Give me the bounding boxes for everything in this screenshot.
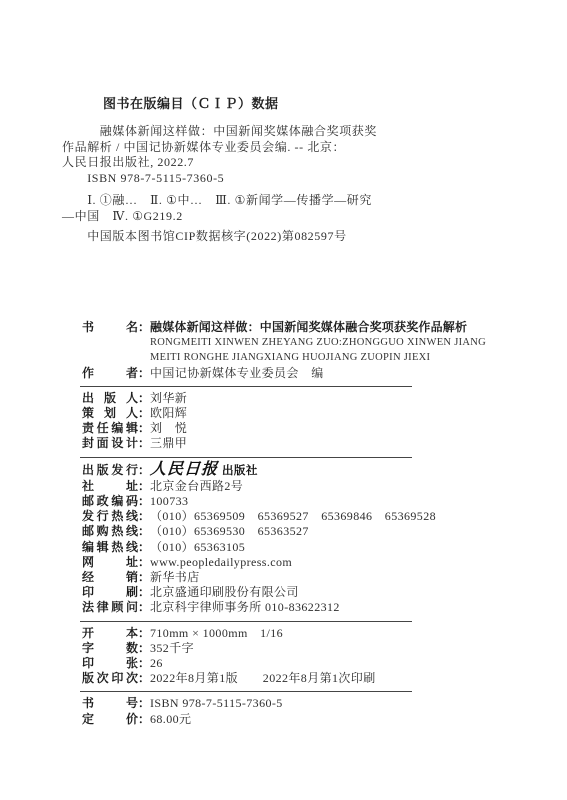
- info-row: 策划人：欧阳辉: [80, 406, 412, 421]
- field-label: 字数: [82, 641, 138, 656]
- label-colon: ：: [138, 366, 150, 381]
- field-label: 印刷: [82, 585, 138, 600]
- field-value: 26: [150, 656, 412, 671]
- field-value: 68.00元: [150, 712, 412, 727]
- field-value: MEITI RONGHE JIANGXIANG HUOJIANG ZUOPIN …: [150, 350, 430, 365]
- field-value: 欧阳辉: [150, 406, 412, 421]
- label-colon: ：: [138, 656, 150, 671]
- info-row: 发行热线：（010）65369509 65369527 65369846 653…: [80, 509, 412, 524]
- label-colon: ：: [138, 696, 150, 711]
- cip-line: 中国版本图书馆CIP数据核字(2022)第082597号: [62, 229, 442, 245]
- info-row: 字数：352千字: [80, 641, 412, 656]
- label-colon: ：: [138, 712, 150, 727]
- field-label: 经销: [82, 570, 138, 585]
- field-label: 发行热线: [82, 509, 138, 524]
- field-label: 出版人: [82, 391, 138, 406]
- label-colon: ：: [138, 626, 150, 641]
- info-row: 社址：北京金台西路2号: [80, 479, 412, 494]
- field-label: 邮政编码: [82, 494, 138, 509]
- info-row: 书名：融媒体新闻这样做：中国新闻奖媒体融合奖项获奖作品解析: [80, 320, 412, 335]
- field-value: （010）65369530 65363527: [150, 524, 412, 539]
- info-row: 开本：710mm × 1000mm 1/16: [80, 626, 412, 641]
- label-colon: ：: [138, 641, 150, 656]
- divider: [80, 457, 412, 458]
- field-label: 编辑热线: [82, 540, 138, 555]
- info-row: 责任编辑：刘 悦: [80, 421, 412, 436]
- field-value: 刘华新: [150, 391, 412, 406]
- info-row: 书号：ISBN 978-7-5115-7360-5: [80, 696, 412, 711]
- field-label: 书名: [82, 320, 138, 335]
- info-row: 作者：中国记协新媒体专业委员会 编: [80, 366, 412, 381]
- info-row: 邮政编码：100733: [80, 494, 412, 509]
- label-colon: ：: [138, 406, 150, 421]
- cip-line: 人民日报出版社, 2022.7: [62, 155, 442, 171]
- field-label: 出版发行: [82, 463, 138, 478]
- info-row: 封面设计：三鼎甲: [80, 436, 412, 451]
- info-row: 邮购热线：（010）65369530 65363527: [80, 524, 412, 539]
- field-value: 融媒体新闻这样做：中国新闻奖媒体融合奖项获奖作品解析: [150, 320, 467, 335]
- info-row: 印刷：北京盛通印刷股份有限公司: [80, 585, 412, 600]
- section-staff: 出版人：刘华新策划人：欧阳辉责任编辑：刘 悦封面设计：三鼎甲: [80, 391, 412, 452]
- field-label: 书号: [82, 696, 138, 711]
- field-value: 三鼎甲: [150, 436, 412, 451]
- field-label: 邮购热线: [82, 524, 138, 539]
- label-colon: ：: [138, 524, 150, 539]
- cip-line: 作品解析 / 中国记协新媒体专业委员会编. -- 北京：: [62, 140, 442, 156]
- info-row: 定价：68.00元: [80, 712, 412, 727]
- label-colon: ：: [138, 671, 150, 686]
- label-colon: ：: [138, 463, 150, 478]
- field-label: 封面设计: [82, 436, 138, 451]
- field-label: 印张: [82, 656, 138, 671]
- field-value: 2022年8月第1版 2022年8月第1次印刷: [150, 671, 412, 686]
- field-value: ISBN 978-7-5115-7360-5: [150, 696, 412, 711]
- cip-line: —中国 Ⅳ. ①G219.2: [62, 209, 442, 225]
- field-label: 定价: [82, 712, 138, 727]
- field-label: 网址: [82, 555, 138, 570]
- field-value: 刘 悦: [150, 421, 412, 436]
- field-label: 社址: [82, 479, 138, 494]
- field-label: 开本: [82, 626, 138, 641]
- label-colon: ：: [138, 391, 150, 406]
- label-colon: ：: [138, 540, 150, 555]
- field-label: 责任编辑: [82, 421, 138, 436]
- copyright-page: 图书在版编目（ＣＩＰ）数据 融媒体新闻这样做：中国新闻奖媒体融合奖项获奖作品解析…: [0, 0, 567, 800]
- field-label: 法律顾问: [82, 600, 138, 615]
- field-value: （010）65369509 65369527 65369846 65369528: [150, 509, 436, 524]
- field-value: 中国记协新媒体专业委员会 编: [150, 366, 412, 381]
- publication-info: 书名：融媒体新闻这样做：中国新闻奖媒体融合奖项获奖作品解析RONGMEITI X…: [80, 320, 412, 727]
- section-title-author: 书名：融媒体新闻这样做：中国新闻奖媒体融合奖项获奖作品解析RONGMEITI X…: [80, 320, 412, 381]
- info-row: 出版人：刘华新: [80, 391, 412, 406]
- section-format: 开本：710mm × 1000mm 1/16字数：352千字印张：26版次印次：…: [80, 626, 412, 687]
- divider: [80, 386, 412, 387]
- info-row: 法律顾问：北京科宇律师事务所 010-83622312: [80, 600, 412, 615]
- publisher-logo-suffix: 出版社: [222, 465, 258, 477]
- info-row: 印张：26: [80, 656, 412, 671]
- info-row: 版次印次：2022年8月第1版 2022年8月第1次印刷: [80, 671, 412, 686]
- publisher-logo-script: 人民日报: [149, 462, 218, 477]
- field-value: 北京金台西路2号: [150, 479, 412, 494]
- info-row: MEITI RONGHE JIANGXIANG HUOJIANG ZUOPIN …: [80, 350, 412, 365]
- cip-line: 融媒体新闻这样做：中国新闻奖媒体融合奖项获奖: [62, 124, 442, 140]
- label-colon: ：: [138, 436, 150, 451]
- label-colon: ：: [138, 421, 150, 436]
- label-colon: ：: [138, 555, 150, 570]
- cip-lines: 融媒体新闻这样做：中国新闻奖媒体融合奖项获奖作品解析 / 中国记协新媒体专业委员…: [62, 124, 442, 244]
- field-label: 版次印次: [82, 671, 138, 686]
- field-value: 新华书店: [150, 570, 412, 585]
- cip-line: Ⅰ. ①融… Ⅱ. ①中… Ⅲ. ①新闻学—传播学—研究: [62, 193, 442, 209]
- field-value: 北京科宇律师事务所 010-83622312: [150, 600, 412, 615]
- field-value: 100733: [150, 494, 412, 509]
- label-colon: ：: [138, 509, 150, 524]
- label-colon: ：: [138, 570, 150, 585]
- label-colon: ：: [138, 600, 150, 615]
- info-row: 网址：www.peopledailypress.com: [80, 555, 412, 570]
- label-colon: ：: [138, 320, 150, 335]
- cip-line: ISBN 978-7-5115-7360-5: [62, 171, 442, 187]
- field-label: 策划人: [82, 406, 138, 421]
- field-value: （010）65363105: [150, 540, 412, 555]
- label-colon: ：: [138, 479, 150, 494]
- field-value: RONGMEITI XINWEN ZHEYANG ZUO:ZHONGGUO XI…: [150, 335, 486, 350]
- label-colon: ：: [138, 494, 150, 509]
- cip-title: 图书在版编目（ＣＩＰ）数据: [103, 97, 442, 111]
- field-value: 北京盛通印刷股份有限公司: [150, 585, 412, 600]
- field-value: 352千字: [150, 641, 412, 656]
- cip-section: 图书在版编目（ＣＩＰ）数据 融媒体新闻这样做：中国新闻奖媒体融合奖项获奖作品解析…: [62, 97, 442, 244]
- field-value: www.peopledailypress.com: [150, 555, 412, 570]
- field-label: 作者: [82, 366, 138, 381]
- section-publisher: 出版发行：人民日报出版社社址：北京金台西路2号邮政编码：100733发行热线：（…: [80, 462, 412, 616]
- info-row: RONGMEITI XINWEN ZHEYANG ZUO:ZHONGGUO XI…: [80, 335, 412, 350]
- divider: [80, 621, 412, 622]
- field-value: 710mm × 1000mm 1/16: [150, 626, 412, 641]
- label-colon: ：: [138, 585, 150, 600]
- info-row: 出版发行：人民日报出版社: [80, 462, 412, 479]
- section-isbn-price: 书号：ISBN 978-7-5115-7360-5定价：68.00元: [80, 696, 412, 726]
- field-value: 人民日报出版社: [150, 462, 412, 479]
- divider: [80, 691, 412, 692]
- info-row: 经销：新华书店: [80, 570, 412, 585]
- info-row: 编辑热线：（010）65363105: [80, 540, 412, 555]
